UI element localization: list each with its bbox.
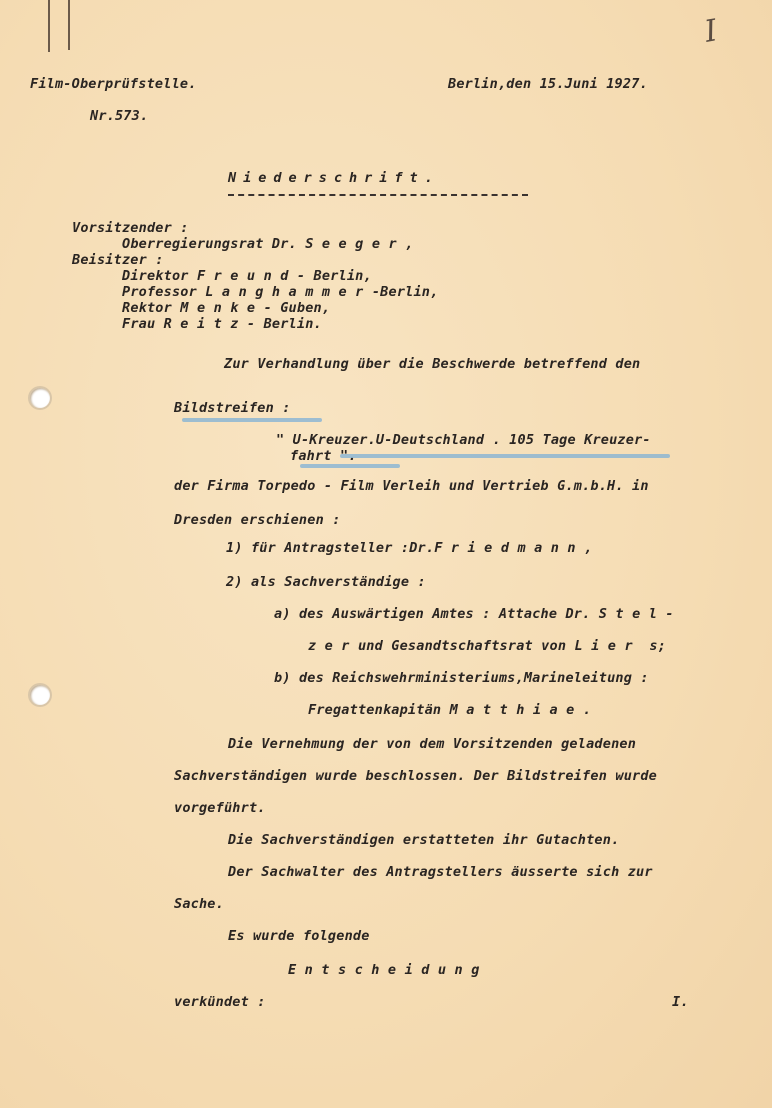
assessors-label: Beisitzer : (72, 252, 164, 268)
punch-hole (30, 388, 50, 408)
blue-underline (300, 464, 400, 468)
place-date: Berlin,den 15.Juni 1927. (448, 76, 648, 92)
pencil-mark (68, 0, 70, 50)
expert-line: Fregattenkapitän M a t t h i a e . (308, 702, 591, 718)
expert-line: z e r und Gesandtschaftsrat von L i e r … (308, 638, 666, 654)
paragraph-line: vorgeführt. (174, 800, 266, 816)
file-number: Nr.573. (90, 108, 148, 124)
handwritten-page-number: I (702, 13, 720, 50)
assessor: Direktor F r e u n d - Berlin, (122, 268, 372, 284)
expert-line: a) des Auswärtigen Amtes : Attache Dr. S… (274, 606, 674, 622)
paragraph-line: Der Sachwalter des Antragstellers äusser… (228, 864, 653, 880)
company-line: der Firma Torpedo - Film Verleih und Ver… (174, 478, 649, 494)
assessor: Professor L a n g h a m m e r -Berlin, (122, 284, 438, 300)
blue-underline (182, 418, 322, 422)
assessor: Frau R e i t z - Berlin. (122, 316, 322, 332)
chair-label: Vorsitzender : (72, 220, 189, 236)
assessor: Rektor M e n k e - Guben, (122, 300, 330, 316)
announced-line: verkündet : (174, 994, 266, 1010)
blue-underline (340, 454, 670, 458)
paragraph-line: Sache. (174, 896, 224, 912)
punch-hole (30, 685, 50, 705)
company-line: Dresden erschienen : (174, 512, 341, 528)
paragraph-line: Die Vernehmung der von dem Vorsitzenden … (228, 736, 636, 752)
chair-name: Oberregierungsrat Dr. S e e g e r , (122, 236, 413, 252)
film-title-line: " U-Kreuzer.U-Deutschland . 105 Tage Kre… (276, 432, 651, 448)
office-name: Film-Oberprüfstelle. (30, 76, 197, 92)
film-label: Bildstreifen : (174, 400, 291, 416)
section-number: I. (672, 994, 689, 1010)
decision-heading: E n t s c h e i d u n g (288, 962, 480, 978)
paragraph-line: Es wurde folgende (228, 928, 370, 944)
paragraph-line: Die Sachverständigen erstatteten ihr Gut… (228, 832, 619, 848)
expert-line: b) des Reichswehrministeriums,Marineleit… (274, 670, 649, 686)
appearance-item: 1) für Antragsteller :Dr.F r i e d m a n… (226, 540, 592, 556)
document-page: I Film-Oberprüfstelle. Berlin,den 15.Jun… (0, 0, 772, 1108)
document-title: Niederschrift. (228, 170, 440, 186)
appearance-item: 2) als Sachverständige : (226, 574, 426, 590)
pencil-mark (48, 0, 50, 52)
paragraph-line: Sachverständigen wurde beschlossen. Der … (174, 768, 657, 784)
title-underline (228, 194, 528, 196)
intro-line: Zur Verhandlung über die Beschwerde betr… (224, 356, 640, 372)
